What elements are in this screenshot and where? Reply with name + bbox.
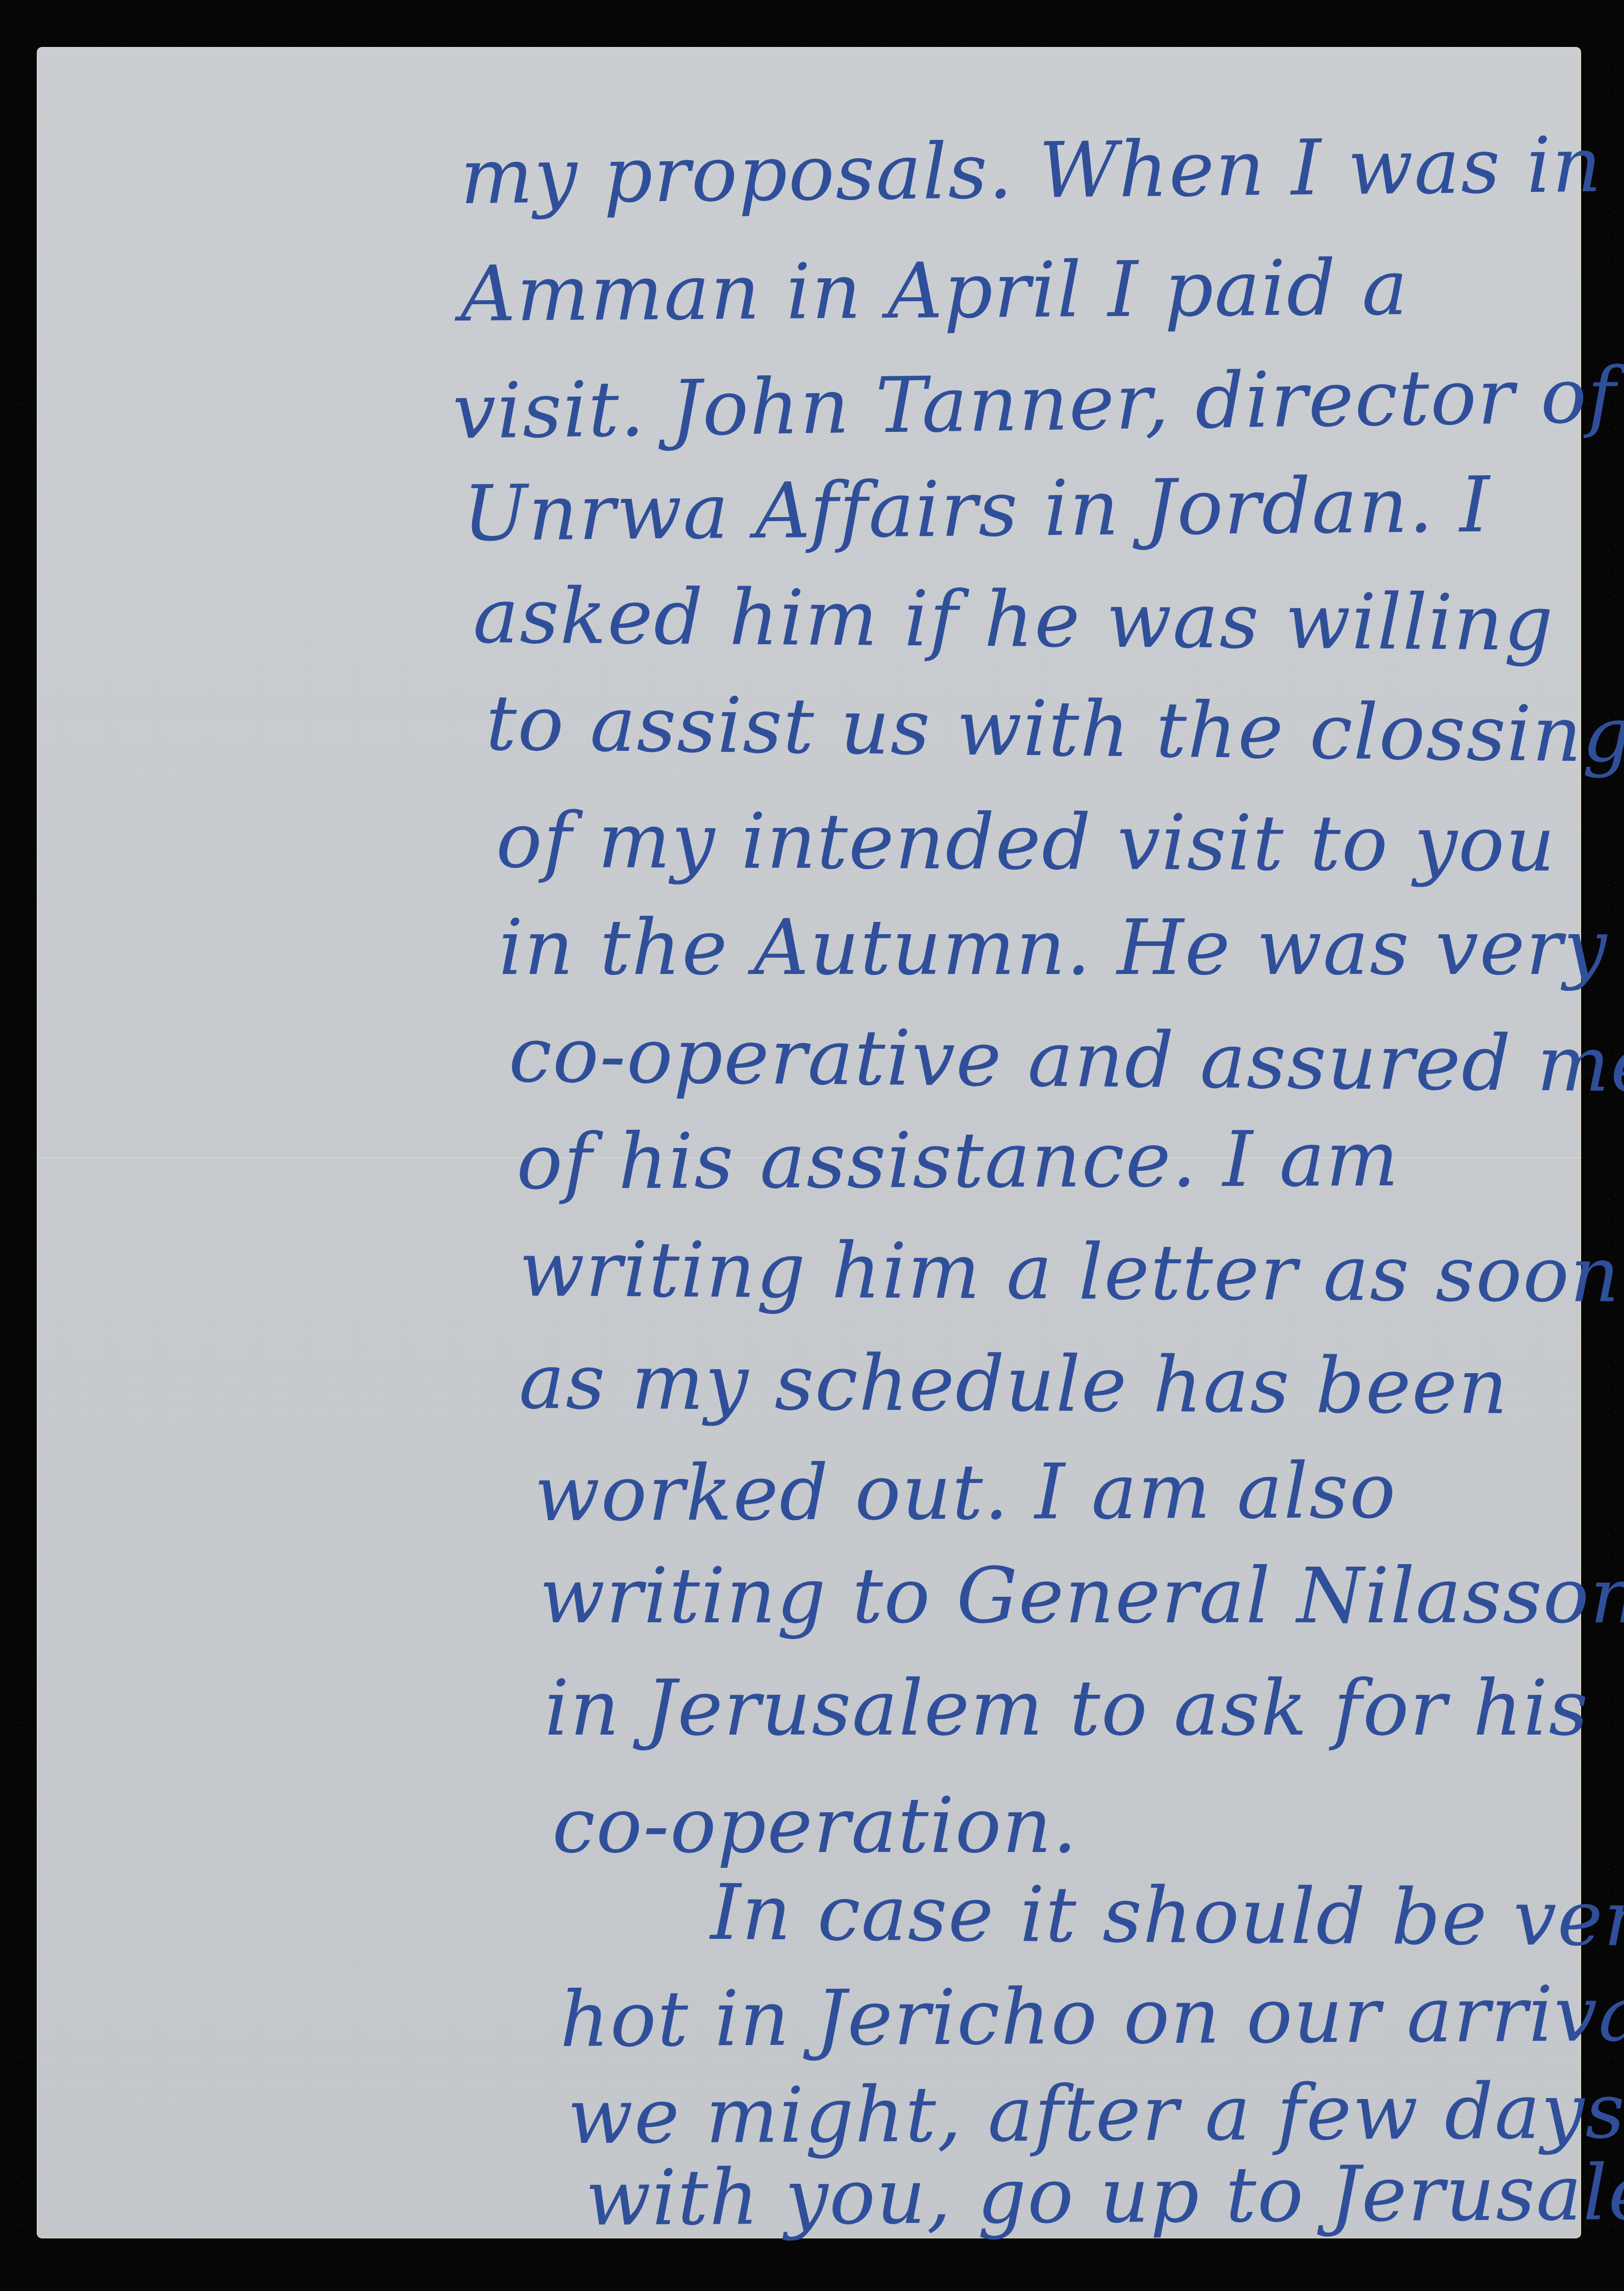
handwritten-line: In case it should be very <box>710 1874 1624 1958</box>
letter-page: my proposals. When I was in Amman in Apr… <box>37 47 1581 2238</box>
handwritten-line: asked him if he was willing <box>473 578 1554 662</box>
handwritten-line: writing to General Nilasson <box>539 1558 1624 1635</box>
handwritten-line: hot in Jericho on our arrival, <box>560 1976 1624 2058</box>
handwritten-line: as my schedule has been <box>519 1344 1509 1425</box>
handwritten-line: with you, go up to Jerusalem <box>585 2154 1624 2237</box>
handwritten-line: in the Autumn. He was very <box>499 910 1608 986</box>
handwritten-line: co-operative and assured me <box>508 1017 1624 1104</box>
handwritten-line: worked out. I am also <box>534 1453 1397 1532</box>
handwritten-line: co-operation. <box>552 1788 1078 1864</box>
handwritten-line: my proposals. When I was in <box>460 127 1603 215</box>
handwritten-line: of his assistance. I am <box>516 1121 1400 1201</box>
handwritten-line: Unrwa Affairs in Jordan. I <box>462 467 1491 552</box>
handwritten-line: writing him a letter as soon <box>519 1231 1621 1313</box>
handwritten-line: to assist us with the clossing <box>485 685 1624 774</box>
handwritten-line: visit. John Tanner, director of <box>452 357 1617 450</box>
handwritten-line: of my intended visit to you <box>496 802 1556 883</box>
handwritten-line: in Jerusalem to ask for his <box>545 1670 1589 1747</box>
handwritten-line: Amman in April I paid a <box>460 250 1409 333</box>
handwritten-line: we might, after a few days <box>568 2073 1624 2155</box>
